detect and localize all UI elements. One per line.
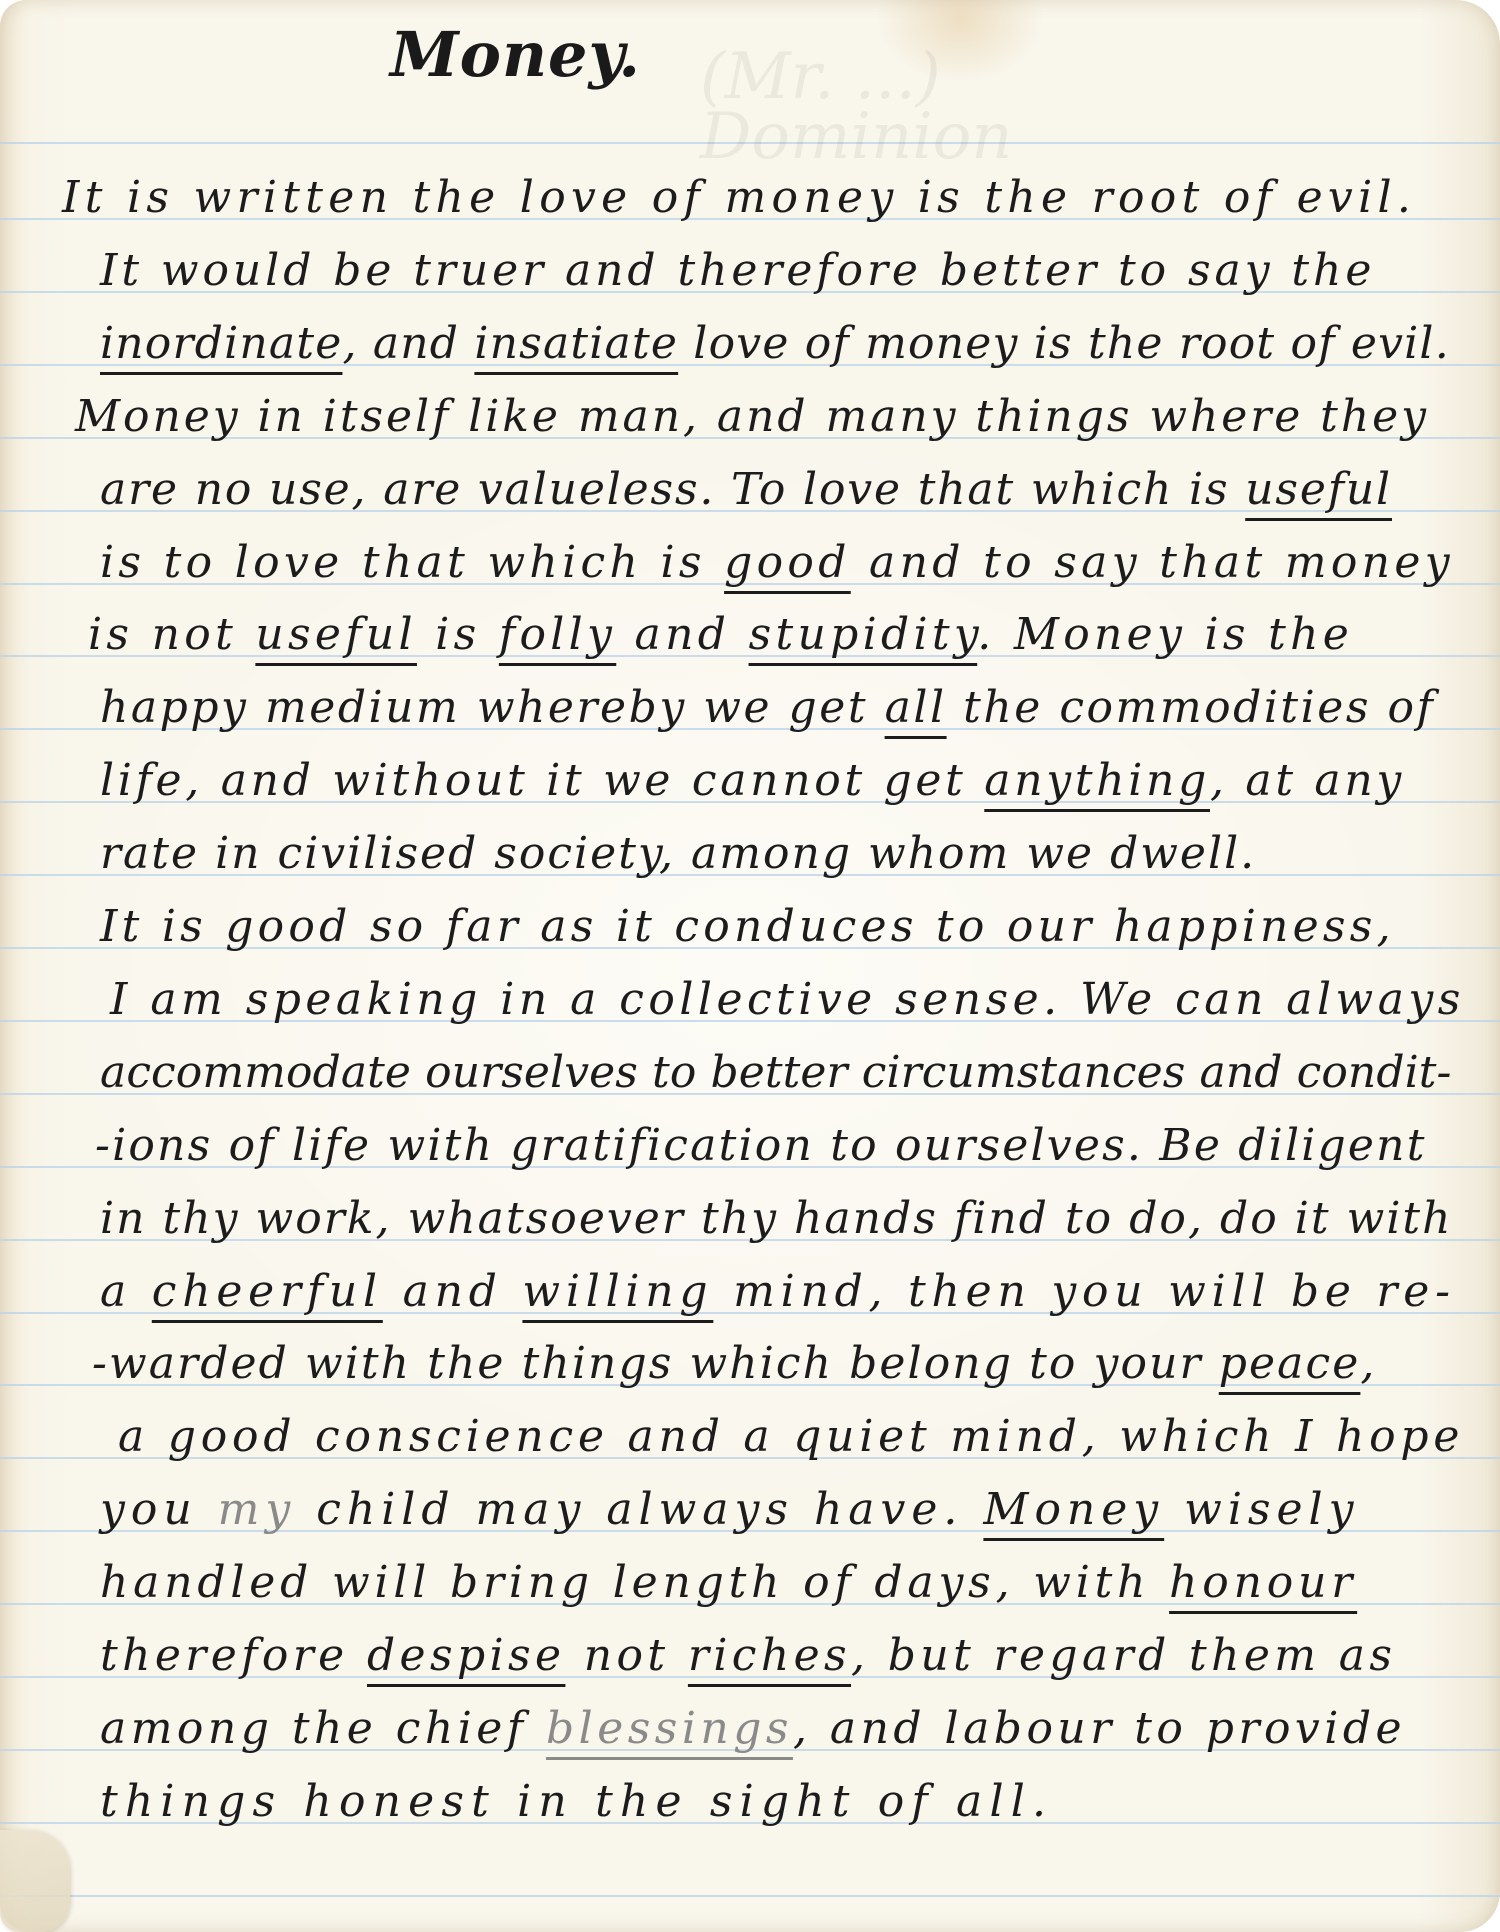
text-line: It would be truer and therefore better t…: [100, 241, 1375, 301]
text-line: accommodate ourselves to better circumst…: [100, 1043, 1452, 1103]
text-segment: -ions of life with gratification to ours…: [95, 1120, 1427, 1171]
underlined-word: inordinate: [100, 318, 342, 369]
text-line: is to love that which is good and to say…: [100, 533, 1454, 593]
text-segment: is: [417, 609, 499, 660]
text-line: handled will bring length of days, with …: [100, 1553, 1357, 1613]
text-line: life, and without it we cannot get anyth…: [100, 751, 1405, 811]
text-segment: not: [565, 1630, 687, 1681]
underlined-word: folly: [499, 609, 616, 660]
notebook-page: (Mr. ...) Dominion Money. It is written …: [0, 0, 1500, 1932]
text-line: in thy work, whatsoever thy hands find t…: [100, 1189, 1453, 1249]
text-line: among the chief blessings, and labour to…: [100, 1699, 1406, 1759]
text-segment: . Money is the: [977, 609, 1353, 660]
text-segment: ,: [1360, 1338, 1376, 1389]
text-segment: the commodities of: [947, 682, 1436, 733]
text-segment: happy medium whereby we get: [100, 682, 885, 733]
text-segment: a: [100, 1266, 152, 1317]
text-line: I am speaking in a collective sense. We …: [110, 970, 1465, 1030]
text-segment: handled will bring length of days, with: [100, 1557, 1169, 1608]
underlined-word: cheerful: [152, 1266, 383, 1317]
underlined-word: willing: [522, 1266, 713, 1317]
underlined-word: useful: [1245, 464, 1392, 515]
text-line: is not useful is folly and stupidity. Mo…: [88, 605, 1353, 665]
underlined-word: insatiate: [474, 318, 678, 369]
text-segment: It would be truer and therefore better t…: [100, 245, 1375, 296]
text-line: Money in itself like man, and many thing…: [75, 387, 1429, 447]
text-line: It is written the love of money is the r…: [62, 168, 1416, 228]
underlined-word: honour: [1169, 1557, 1357, 1608]
text-segment: , and labour to provide: [793, 1703, 1406, 1754]
text-segment: -warded with the things which belong to …: [92, 1338, 1219, 1389]
text-segment: are no use, are valueless. To love that …: [100, 464, 1245, 515]
text-segment: and to say that money: [851, 537, 1454, 588]
text-line: inordinate, and insatiate love of money …: [100, 314, 1450, 374]
text-segment: in thy work, whatsoever thy hands find t…: [100, 1193, 1453, 1244]
text-segment: It is good so far as it conduces to our …: [100, 901, 1395, 952]
text-segment: Money in itself like man, and many thing…: [75, 391, 1429, 442]
text-segment: It is written the love of money is the r…: [62, 172, 1416, 223]
text-segment: is to love that which is: [100, 537, 724, 588]
bleed-through-text: Dominion: [700, 100, 1012, 174]
text-segment: rate in civilised society, among whom we…: [100, 828, 1256, 879]
text-segment: I am speaking in a collective sense. We …: [110, 974, 1465, 1025]
text-segment: , at any: [1210, 755, 1405, 806]
underlined-word: despise: [367, 1630, 565, 1681]
underlined-word: anything: [984, 755, 1210, 806]
rule-line: [0, 1895, 1500, 1897]
text-line: -warded with the things which belong to …: [92, 1334, 1376, 1394]
text-line: -ions of life with gratification to ours…: [95, 1116, 1427, 1176]
text-line: are no use, are valueless. To love that …: [100, 460, 1392, 520]
text-segment: love of money is the root of evil.: [678, 318, 1450, 369]
underlined-word: riches: [688, 1630, 851, 1681]
underlined-word: useful: [255, 609, 417, 660]
text-segment: among the chief: [100, 1703, 546, 1754]
text-segment: therefore: [100, 1630, 367, 1681]
underlined-word: good: [724, 537, 851, 588]
text-line: a good conscience and a quiet mind, whic…: [118, 1407, 1464, 1467]
text-line: a cheerful and willing mind, then you wi…: [100, 1262, 1456, 1322]
text-segment: accommodate ourselves to better circumst…: [100, 1047, 1452, 1098]
text-line: rate in civilised society, among whom we…: [100, 824, 1256, 884]
text-segment: a good conscience and a quiet mind, whic…: [118, 1411, 1464, 1462]
text-line: therefore despise not riches, but regard…: [100, 1626, 1396, 1686]
underlined-word: stupidity: [749, 609, 978, 660]
text-segment: is not: [88, 609, 255, 660]
text-line: happy medium whereby we get all the comm…: [100, 678, 1435, 738]
text-segment: life, and without it we cannot get: [100, 755, 984, 806]
text-segment: and: [616, 609, 748, 660]
text-segment: , but regard them as: [851, 1630, 1396, 1681]
text-line: you my child may always have. Money wise…: [100, 1480, 1359, 1540]
text-segment: things honest in the sight of all.: [100, 1776, 1053, 1827]
underlined-word: Money: [983, 1484, 1164, 1535]
text-segment: my: [218, 1484, 297, 1535]
text-segment: mind, then you will be re-: [713, 1266, 1455, 1317]
underlined-word: all: [885, 682, 947, 733]
underlined-word: blessings: [546, 1703, 793, 1754]
text-segment: , and: [342, 318, 474, 369]
text-segment: wisely: [1164, 1484, 1359, 1535]
text-line: things honest in the sight of all.: [100, 1772, 1053, 1832]
text-segment: child may always have.: [296, 1484, 983, 1535]
text-segment: you: [100, 1484, 218, 1535]
underlined-word: peace: [1219, 1338, 1361, 1389]
text-line: It is good so far as it conduces to our …: [100, 897, 1395, 957]
text-segment: and: [383, 1266, 523, 1317]
torn-corner: [0, 1830, 70, 1932]
page-title: Money.: [390, 18, 641, 91]
